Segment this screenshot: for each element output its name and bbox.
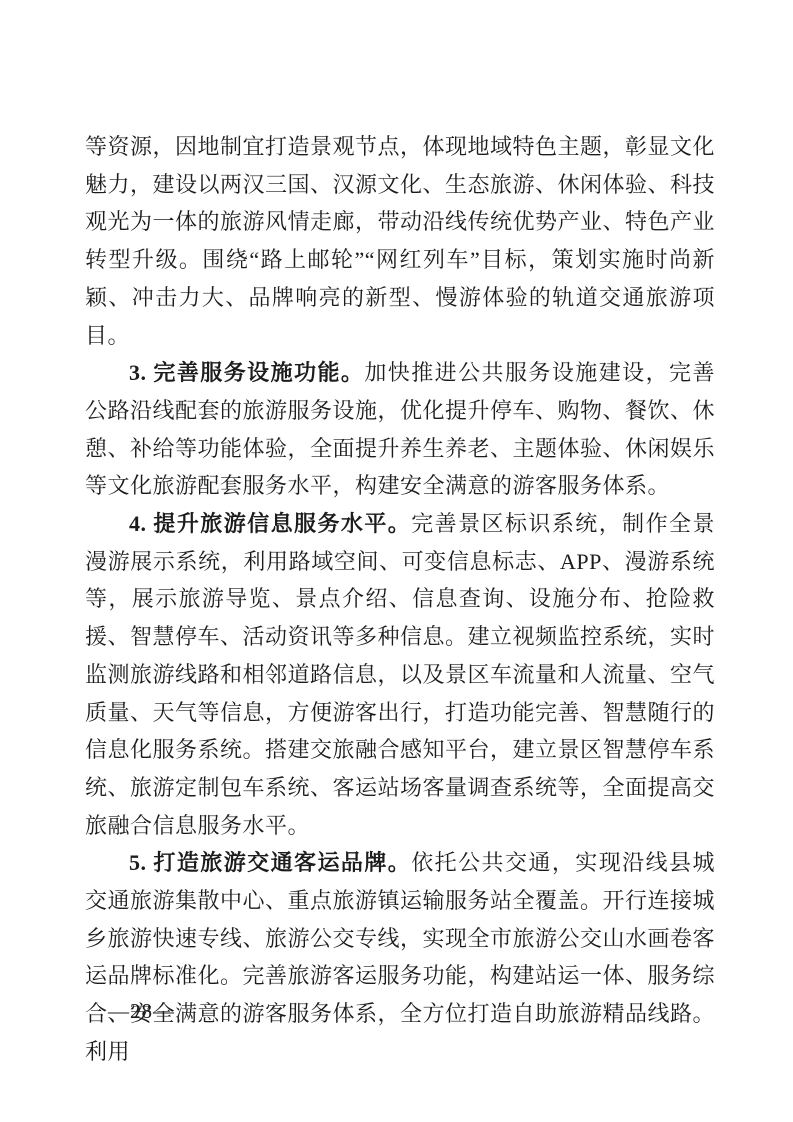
paragraph-item-4: 4. 提升旅游信息服务水平。完善景区标识系统，制作全景漫游展示系统，利用路域空间… [85, 505, 715, 844]
paragraph-continuation: 等资源，因地制宜打造景观节点，体现地域特色主题，彰显文化魅力，建设以两汉三国、汉… [85, 128, 715, 354]
paragraph-text: 依托公共交通，实现沿线县城交通旅游集散中心、重点旅游镇运输服务站全覆盖。开行连接… [85, 850, 715, 1064]
paragraph-item-5: 5. 打造旅游交通客运品牌。依托公共交通，实现沿线县城交通旅游集散中心、重点旅游… [85, 844, 715, 1070]
document-page: 等资源，因地制宜打造景观节点，体现地域特色主题，彰显文化魅力，建设以两汉三国、汉… [0, 0, 793, 1122]
paragraph-heading: 5. 打造旅游交通客运品牌。 [129, 850, 411, 875]
paragraph-heading: 3. 完善服务设施功能。 [129, 360, 364, 385]
paragraph-text: 等资源，因地制宜打造景观节点，体现地域特色主题，彰显文化魅力，建设以两汉三国、汉… [85, 134, 715, 348]
document-body: 等资源，因地制宜打造景观节点，体现地域特色主题，彰显文化魅力，建设以两汉三国、汉… [85, 128, 715, 1071]
paragraph-text: 完善景区标识系统，制作全景漫游展示系统，利用路域空间、可变信息标志、APP、漫游… [85, 511, 715, 838]
paragraph-heading: 4. 提升旅游信息服务水平。 [129, 511, 411, 536]
paragraph-item-3: 3. 完善服务设施功能。加快推进公共服务设施建设，完善公路沿线配套的旅游服务设施… [85, 354, 715, 505]
page-number: —28— [108, 998, 175, 1024]
